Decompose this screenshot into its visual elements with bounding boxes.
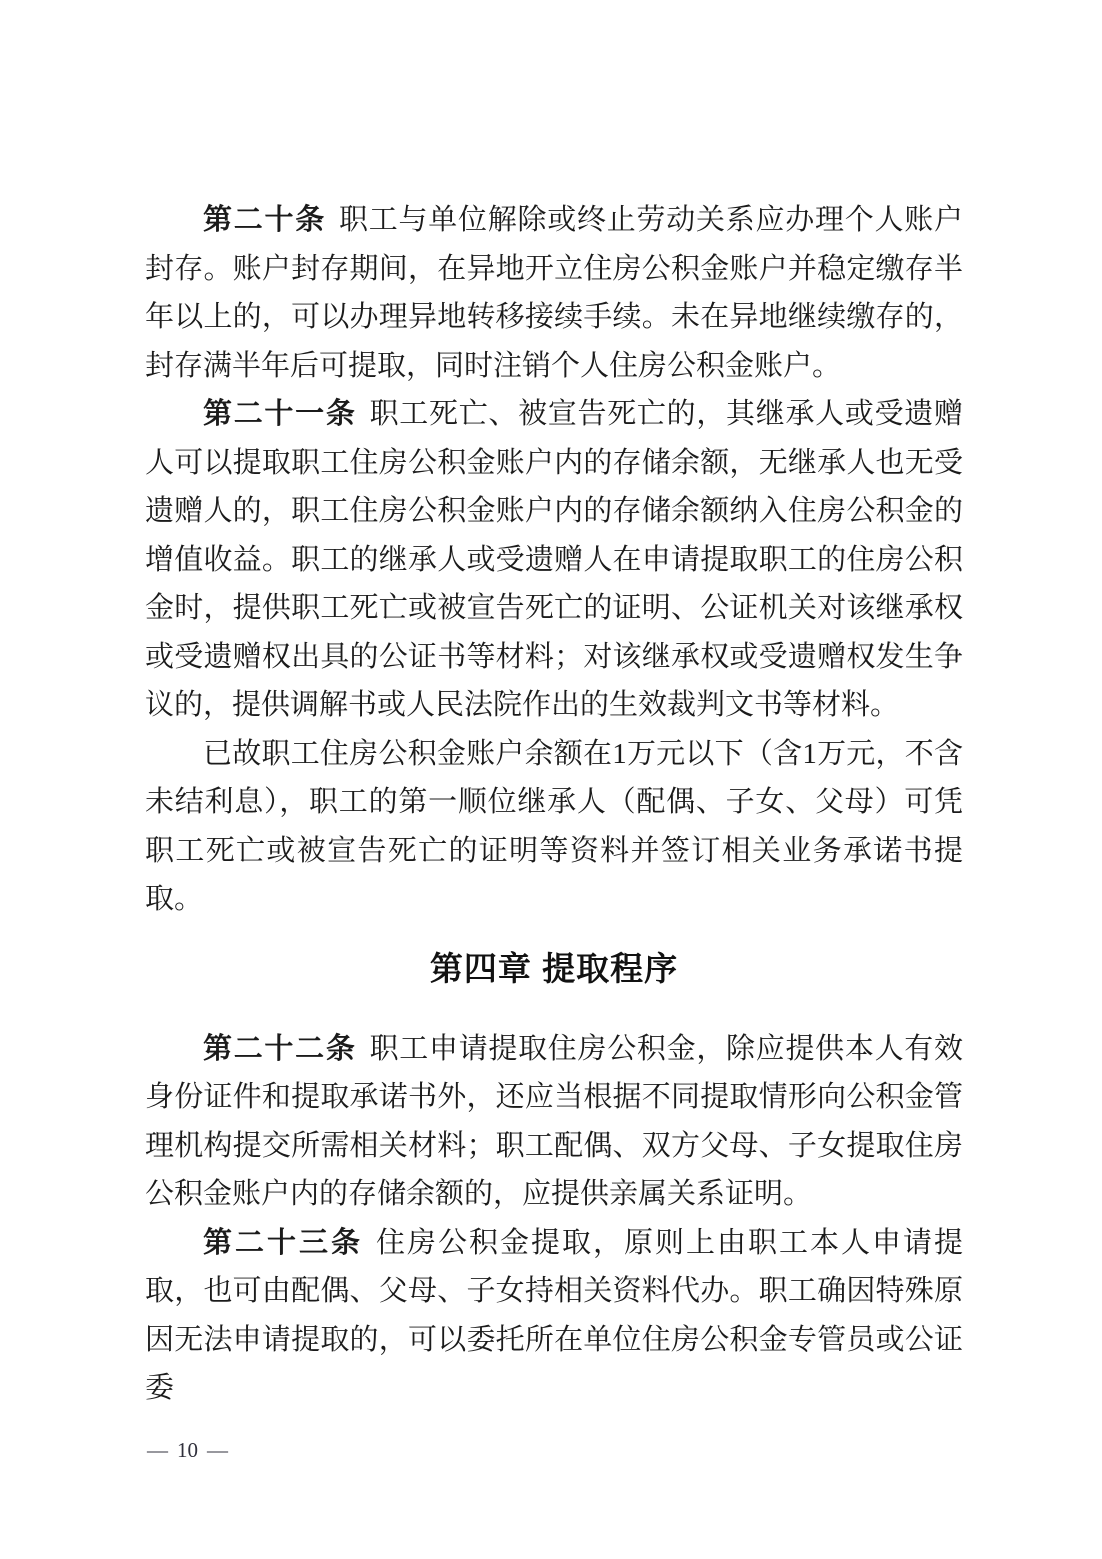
article-20-number: 第二十条 bbox=[203, 204, 326, 236]
article-22-number: 第二十二条 bbox=[203, 1033, 357, 1065]
document-body: 第二十条职工与单位解除或终止劳动关系应办理个人账户封存。账户封存期间，在异地开立… bbox=[145, 196, 963, 1413]
page-number: 10 bbox=[177, 1438, 198, 1462]
document-page: 第二十条职工与单位解除或终止劳动关系应办理个人账户封存。账户封存期间，在异地开立… bbox=[0, 0, 1102, 1559]
article-23-number: 第二十三条 bbox=[203, 1227, 363, 1259]
article-21-text: 职工死亡、被宣告死亡的，其继承人或受遗赠人可以提取职工住房公积金账户内的存储余额… bbox=[145, 398, 963, 721]
chapter-4-heading: 第四章 提取程序 bbox=[145, 944, 963, 993]
article-22-paragraph: 第二十二条职工申请提取住房公积金，除应提供本人有效身份证件和提取承诺书外，还应当… bbox=[145, 1025, 963, 1219]
deceased-balance-paragraph: 已故职工住房公积金账户余额在1万元以下（含1万元，不含未结利息），职工的第一顺位… bbox=[145, 730, 963, 924]
article-21-paragraph: 第二十一条职工死亡、被宣告死亡的，其继承人或受遗赠人可以提取职工住房公积金账户内… bbox=[145, 390, 963, 730]
article-20-paragraph: 第二十条职工与单位解除或终止劳动关系应办理个人账户封存。账户封存期间，在异地开立… bbox=[145, 196, 963, 390]
deceased-balance-text: 已故职工住房公积金账户余额在1万元以下（含1万元，不含未结利息），职工的第一顺位… bbox=[145, 738, 963, 916]
footer-left-dash: — bbox=[147, 1438, 168, 1462]
footer-right-dash: — bbox=[207, 1438, 228, 1462]
article-21-number: 第二十一条 bbox=[203, 398, 357, 430]
page-footer: — 10 — bbox=[147, 1438, 228, 1462]
article-23-paragraph: 第二十三条住房公积金提取，原则上由职工本人申请提取，也可由配偶、父母、子女持相关… bbox=[145, 1219, 963, 1413]
